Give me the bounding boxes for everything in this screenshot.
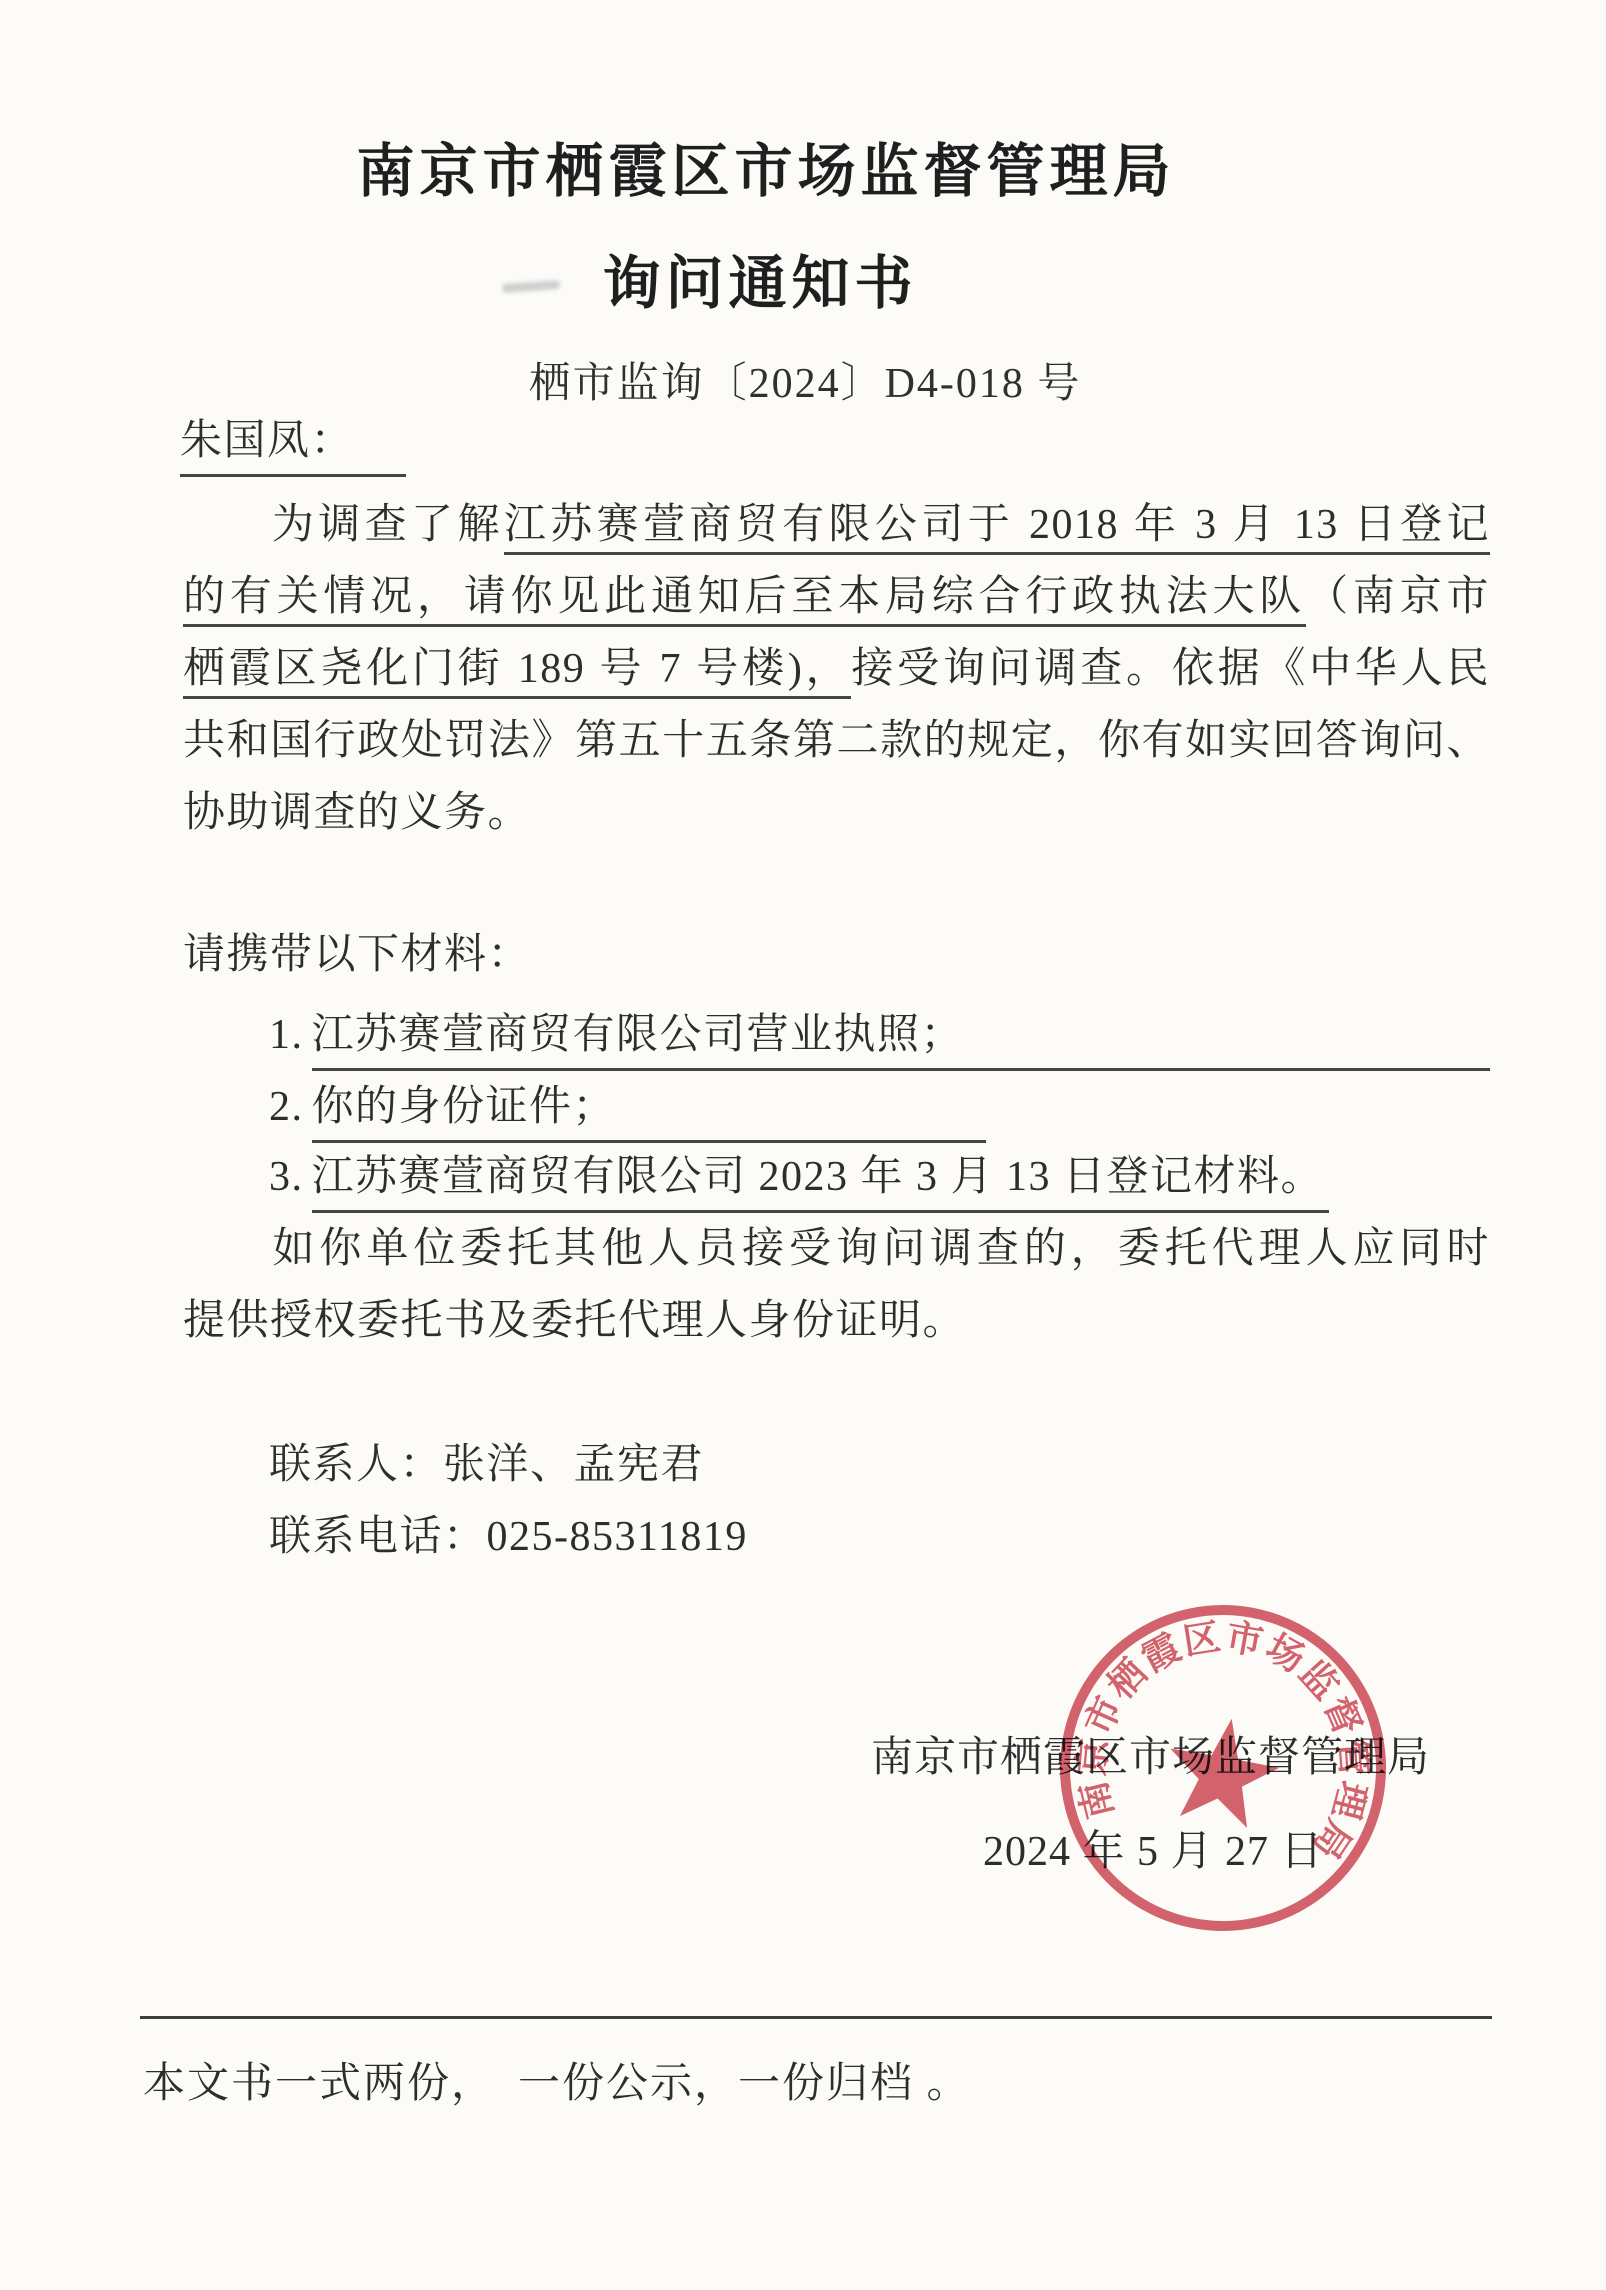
p1l2-filled-blank: 的有关情况，请你见此通知后至本局综合行政执法大队 bbox=[183, 574, 1306, 627]
materials-heading: 请携带以下材料： bbox=[183, 926, 531, 984]
document-number: 栖市监询〔2024〕D4-018 号 bbox=[529, 350, 1082, 410]
material-item-3: 3. 江苏赛萱商贸有限公司 2023 年 3 月 13 日登记材料。 bbox=[269, 1148, 1329, 1213]
p1l3-plain: 接受询问调查。依据《中华人民 bbox=[851, 646, 1490, 692]
first-line-indent bbox=[183, 1261, 269, 1262]
material-item-2: 2. 你的身份证件； bbox=[269, 1078, 986, 1143]
item2-text: 你的身份证件； bbox=[312, 1078, 617, 1143]
agency-title: 南京市栖霞区市场监督管理局 bbox=[356, 124, 1175, 208]
p1l2-plain: （南京市 bbox=[1306, 574, 1490, 620]
p1l1-plain: 为调查了解 bbox=[269, 502, 504, 548]
official-red-seal: 南京市栖霞区市场监督管理局 bbox=[1026, 1571, 1420, 1965]
item3-number: 3. bbox=[269, 1148, 312, 1213]
p2l1-text: 如你单位委托其他人员接受询问调查的，委托代理人应同时 bbox=[269, 1226, 1490, 1272]
item1-text: 江苏赛萱商贸有限公司营业执照； bbox=[312, 1006, 965, 1071]
item3-blank-line bbox=[1324, 1148, 1329, 1213]
footer-divider bbox=[140, 2016, 1492, 2019]
p1l1-filled-blank: 江苏赛萱商贸有限公司于 2018 年 3 月 13 日登记 bbox=[504, 502, 1490, 555]
material-item-1: 1. 江苏赛萱商贸有限公司营业执照； bbox=[269, 1006, 1490, 1071]
p1l3-filled-blank: 栖霞区尧化门街 189 号 7 号楼)， bbox=[183, 646, 851, 699]
paragraph2-line1: 如你单位委托其他人员接受询问调查的，委托代理人应同时 bbox=[183, 1220, 1490, 1278]
item3-text: 江苏赛萱商贸有限公司 2023 年 3 月 13 日登记材料。 bbox=[312, 1148, 1325, 1213]
contact-person-line: 联系人：张洋、孟宪君 bbox=[269, 1436, 704, 1494]
seal-star-icon bbox=[1159, 1709, 1286, 1831]
scanned-notice-document: 南京市栖霞区市场监督管理局 询问通知书 栖市监询〔2024〕D4-018 号 朱… bbox=[0, 0, 1606, 2290]
first-line-indent bbox=[183, 537, 269, 538]
paragraph1-line4: 共和国行政处罚法》第五十五条第二款的规定，你有如实回答询问、 bbox=[183, 712, 1490, 770]
item1-number: 1. bbox=[269, 1006, 312, 1071]
item1-blank-line bbox=[964, 1006, 1490, 1071]
paragraph1-line2: 的有关情况，请你见此通知后至本局综合行政执法大队（南京市 bbox=[183, 568, 1490, 626]
item2-blank-line bbox=[616, 1078, 986, 1143]
addressee-name: 朱国凤： bbox=[180, 412, 406, 477]
paragraph1-line5: 协助调查的义务。 bbox=[183, 784, 1490, 842]
item2-number: 2. bbox=[269, 1078, 312, 1143]
addressee-line: 朱国凤： bbox=[180, 412, 406, 477]
paragraph1-line1: 为调查了解江苏赛萱商贸有限公司于 2018 年 3 月 13 日登记 bbox=[183, 496, 1490, 554]
contact-phone-line: 联系电话：025-85311819 bbox=[269, 1508, 748, 1566]
paragraph2-line2: 提供授权委托书及委托代理人身份证明。 bbox=[183, 1292, 1490, 1350]
paragraph1-line3: 栖霞区尧化门街 189 号 7 号楼)，接受询问调查。依据《中华人民 bbox=[183, 640, 1490, 698]
footer-note: 本文书一式两份， 一份公示，一份归档 。 bbox=[143, 2050, 971, 2110]
pencil-smudge bbox=[502, 280, 560, 293]
document-type-title: 询问通知书 bbox=[602, 236, 917, 320]
